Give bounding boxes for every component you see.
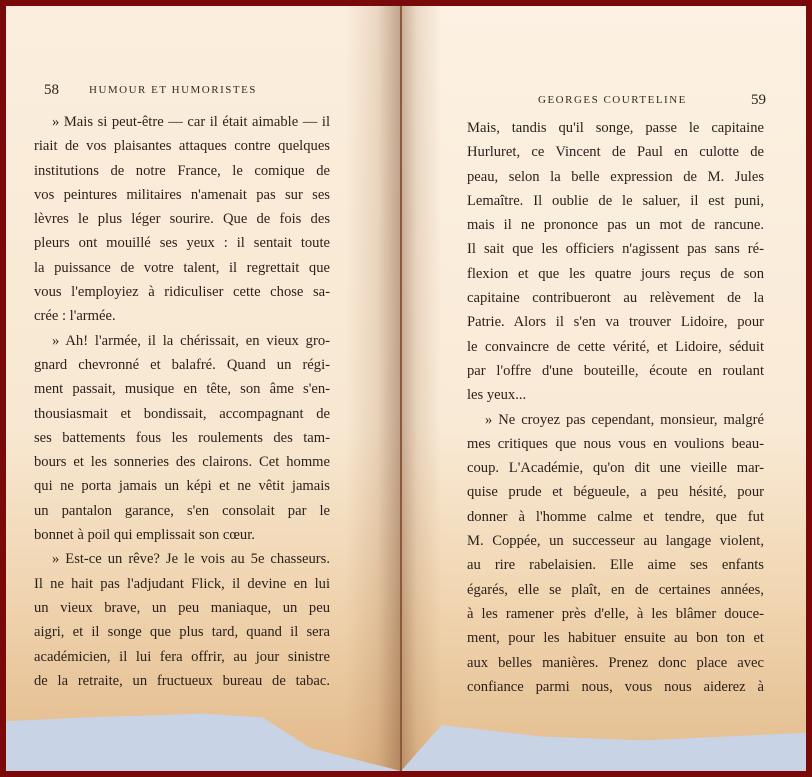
running-head-right: GEORGES COURTELINE — [538, 94, 687, 106]
text-line: vous l'employiez à ridiculiser cette cho… — [34, 280, 330, 304]
text-line: lèvres le plus léger sourire. Que de foi… — [34, 207, 330, 231]
text-line: thousiasmait et bondissait, accompagnant… — [34, 402, 330, 426]
text-line: qui ne porta jamais un képi et ne vêtit … — [34, 474, 330, 498]
running-head-left: HUMOUR ET HUMORISTES — [89, 84, 257, 96]
text-line: Il sait que les officiers n'agissent pas… — [467, 237, 764, 261]
text-line: la puissance de votre talent, il regrett… — [34, 256, 330, 280]
text-line: Il ne hait pas l'adjudant Flick, il devi… — [34, 572, 330, 596]
text-line: les yeux... — [467, 383, 764, 407]
text-line: ment passait, musique en tête, son âme s… — [34, 377, 330, 401]
text-line: pleurs ont mouillé ses yeux : il sentait… — [34, 231, 330, 255]
text-line: ses battements fous les roulements des t… — [34, 426, 330, 450]
text-line: Patrie. Alors il s'en va trouver Lidoire… — [467, 310, 764, 334]
page-number-right: 59 — [751, 92, 766, 109]
text-line: mais il ne prononce pas un mot de rancun… — [467, 213, 764, 237]
text-line: vos peintures militaires n'amenait pas s… — [34, 183, 330, 207]
text-line: un vieux brave, un peu maniaque, un peu — [34, 596, 330, 620]
text-line: égarés, elle se plaît, en de certaines a… — [467, 578, 764, 602]
text-line: peau, selon la belle expression de M. Ju… — [467, 165, 764, 189]
text-line: flexion et que les quatre jours reçus de… — [467, 262, 764, 286]
left-page: 58 HUMOUR ET HUMORISTES » Mais si peut-ê… — [6, 6, 401, 771]
text-line: aux belles manières. Prenez donc place a… — [467, 651, 764, 675]
text-line: le convaincre de cette vérité, et Lidoir… — [467, 335, 764, 359]
text-line: donner à l'homme calme et tendre, que fu… — [467, 505, 764, 529]
text-line: par l'offre d'une bouteille, écoute en r… — [467, 359, 764, 383]
text-line: institutions de notre France, le comique… — [34, 159, 330, 183]
text-line: crée : l'armée. — [34, 304, 330, 328]
text-line: riait de vos plaisantes attaques contre … — [34, 134, 330, 158]
text-line: coup. L'Académie, qu'on dit une vieille … — [467, 456, 764, 480]
text-line: ment, pour les habituer ensuite au bon t… — [467, 626, 764, 650]
text-line: confiance parmi nous, vous nous aiderez … — [467, 675, 764, 699]
text-line: capitaine contribueront au relèvement de… — [467, 286, 764, 310]
right-page-body: Mais, tandis qu'il songe, passe le capit… — [467, 116, 764, 699]
text-line: » Est-ce un rêve? Je le vois au 5e chass… — [34, 547, 330, 571]
text-line: gnard chevronné et balafré. Quand un rég… — [34, 353, 330, 377]
text-line: de la retraite, un fructueux bureau de t… — [34, 669, 330, 693]
text-line: mes critiques que nous vous en voulions … — [467, 432, 764, 456]
book-spread: 58 HUMOUR ET HUMORISTES » Mais si peut-ê… — [6, 6, 806, 771]
text-line: au rire rabelaisien. Elle aime ses enfan… — [467, 553, 764, 577]
page-number-left: 58 — [44, 82, 59, 99]
text-line: à les ramener près d'elle, à les blâmer … — [467, 602, 764, 626]
text-line: » Mais si peut-être — car il était aimab… — [34, 110, 330, 134]
text-line: bours et les sonneries des clairons. Cet… — [34, 450, 330, 474]
text-line: aigri, et il songe que plus tard, quand … — [34, 620, 330, 644]
text-line: Lemaître. Il oublie de le saluer, il est… — [467, 189, 764, 213]
left-page-body: » Mais si peut-être — car il était aimab… — [34, 110, 330, 693]
text-line: quise prude et bégueule, a peu hésité, p… — [467, 480, 764, 504]
text-line: un pantalon garance, s'en consolait par … — [34, 499, 330, 523]
text-line: Mais, tandis qu'il songe, passe le capit… — [467, 116, 764, 140]
text-line: » Ne croyez pas cependant, monsieur, mal… — [467, 408, 764, 432]
right-page: GEORGES COURTELINE 59 Mais, tandis qu'il… — [401, 6, 806, 771]
text-line: Hurluret, ce Vincent de Paul en culotte … — [467, 140, 764, 164]
text-line: bonnet à poil qui emplissait son cœur. — [34, 523, 330, 547]
text-line: académicien, il lui fera offrir, au jour… — [34, 645, 330, 669]
text-line: M. Coppée, un successeur au langage viol… — [467, 529, 764, 553]
book-gutter — [400, 6, 402, 771]
text-line: » Ah! l'armée, il la chérissait, en vieu… — [34, 329, 330, 353]
